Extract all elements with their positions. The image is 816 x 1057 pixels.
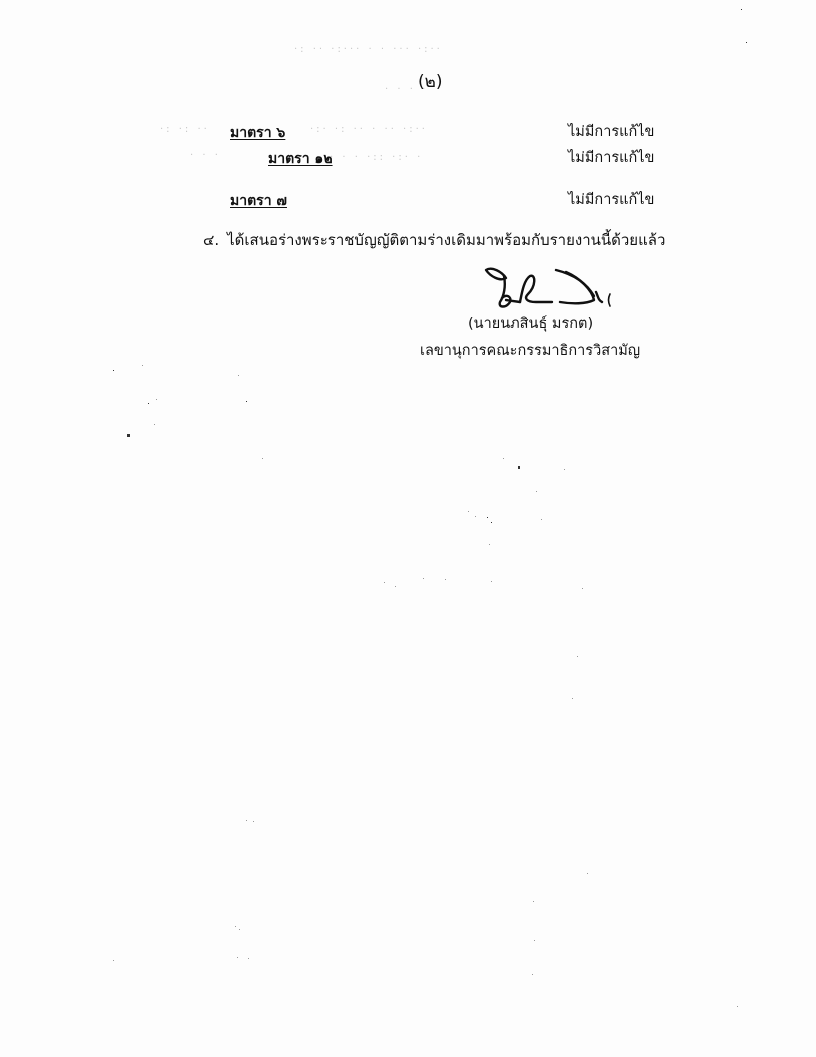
- scan-speck: [491, 581, 492, 582]
- scan-speck: [533, 901, 534, 902]
- section-status: ไม่มีการแก้ไข: [568, 120, 654, 143]
- signer-name: (นายนภสินธุ์ มรกต): [468, 312, 593, 335]
- point-number: ๔.: [203, 231, 219, 249]
- scan-speck: [503, 458, 504, 459]
- scan-speck: [148, 403, 149, 404]
- scan-speck: [423, 578, 424, 579]
- scan-speck: [741, 9, 742, 10]
- point-item: ๔.ได้เสนอร่างพระราชบัญญัติตามร่างเดิมมาพ…: [203, 228, 665, 252]
- scan-speck: [587, 873, 588, 874]
- scan-speck: [113, 960, 114, 961]
- scan-speck: [577, 656, 578, 657]
- scan-speck: [564, 469, 565, 470]
- scan-noise: ·:· ·: ·· · ·· ·:··: [310, 124, 428, 135]
- scan-speck: [536, 491, 537, 492]
- scan-speck: [262, 458, 263, 459]
- scan-speck: [384, 582, 385, 583]
- section-status: ไม่มีการแก้ไข: [568, 188, 654, 211]
- scan-noise: · · ·: [190, 150, 221, 161]
- scan-speck: [737, 1006, 738, 1007]
- signer-title: เลขานุการคณะกรรมาธิการวิสามัญ: [420, 339, 640, 362]
- scan-speck: [487, 517, 488, 518]
- scan-speck: [518, 466, 520, 469]
- scan-speck: [248, 958, 249, 959]
- section-label: มาตรา ๖: [230, 122, 285, 144]
- scan-speck: [239, 929, 240, 930]
- scan-noise: ·: ·· ·:··· · · ··· ·:··: [294, 44, 443, 55]
- scan-speck: [445, 579, 446, 580]
- section-status: ไม่มีการแก้ไข: [568, 146, 654, 169]
- section-label: มาตรา ๑๒: [268, 148, 333, 170]
- scan-speck: [246, 401, 247, 402]
- scan-speck: [395, 586, 396, 587]
- scan-noise: · · · ·:: ·:· ·: [330, 152, 423, 163]
- scan-speck: [246, 820, 247, 821]
- scan-speck: [746, 42, 747, 43]
- scan-speck: [156, 399, 157, 400]
- document-page: ·: ·· ·:··· · · ··· ·:·· · · · · (๒) มาต…: [0, 0, 816, 1057]
- scan-noise: ·: ·: ··: [160, 124, 210, 135]
- scan-speck: [253, 821, 254, 822]
- scan-speck: [154, 424, 155, 425]
- scan-speck: [534, 940, 535, 941]
- scan-speck: [235, 926, 236, 927]
- section-label: มาตรา ๗: [230, 190, 287, 212]
- page-number: (๒): [418, 68, 442, 95]
- scan-speck: [237, 957, 238, 958]
- point-text: ได้เสนอร่างพระราชบัญญัติตามร่างเดิมมาพร้…: [227, 231, 665, 249]
- scan-speck: [113, 370, 114, 371]
- scan-speck: [582, 588, 583, 589]
- signature-image: [476, 262, 626, 312]
- scan-speck: [468, 511, 469, 512]
- scan-speck: [572, 698, 573, 699]
- scan-speck: [238, 375, 239, 376]
- scan-speck: [127, 434, 130, 437]
- scan-speck: [489, 544, 490, 545]
- scan-speck: [142, 365, 143, 366]
- scan-speck: [491, 522, 492, 523]
- scan-speck: [475, 516, 476, 517]
- scan-speck: [532, 974, 533, 975]
- scan-speck: [541, 519, 542, 520]
